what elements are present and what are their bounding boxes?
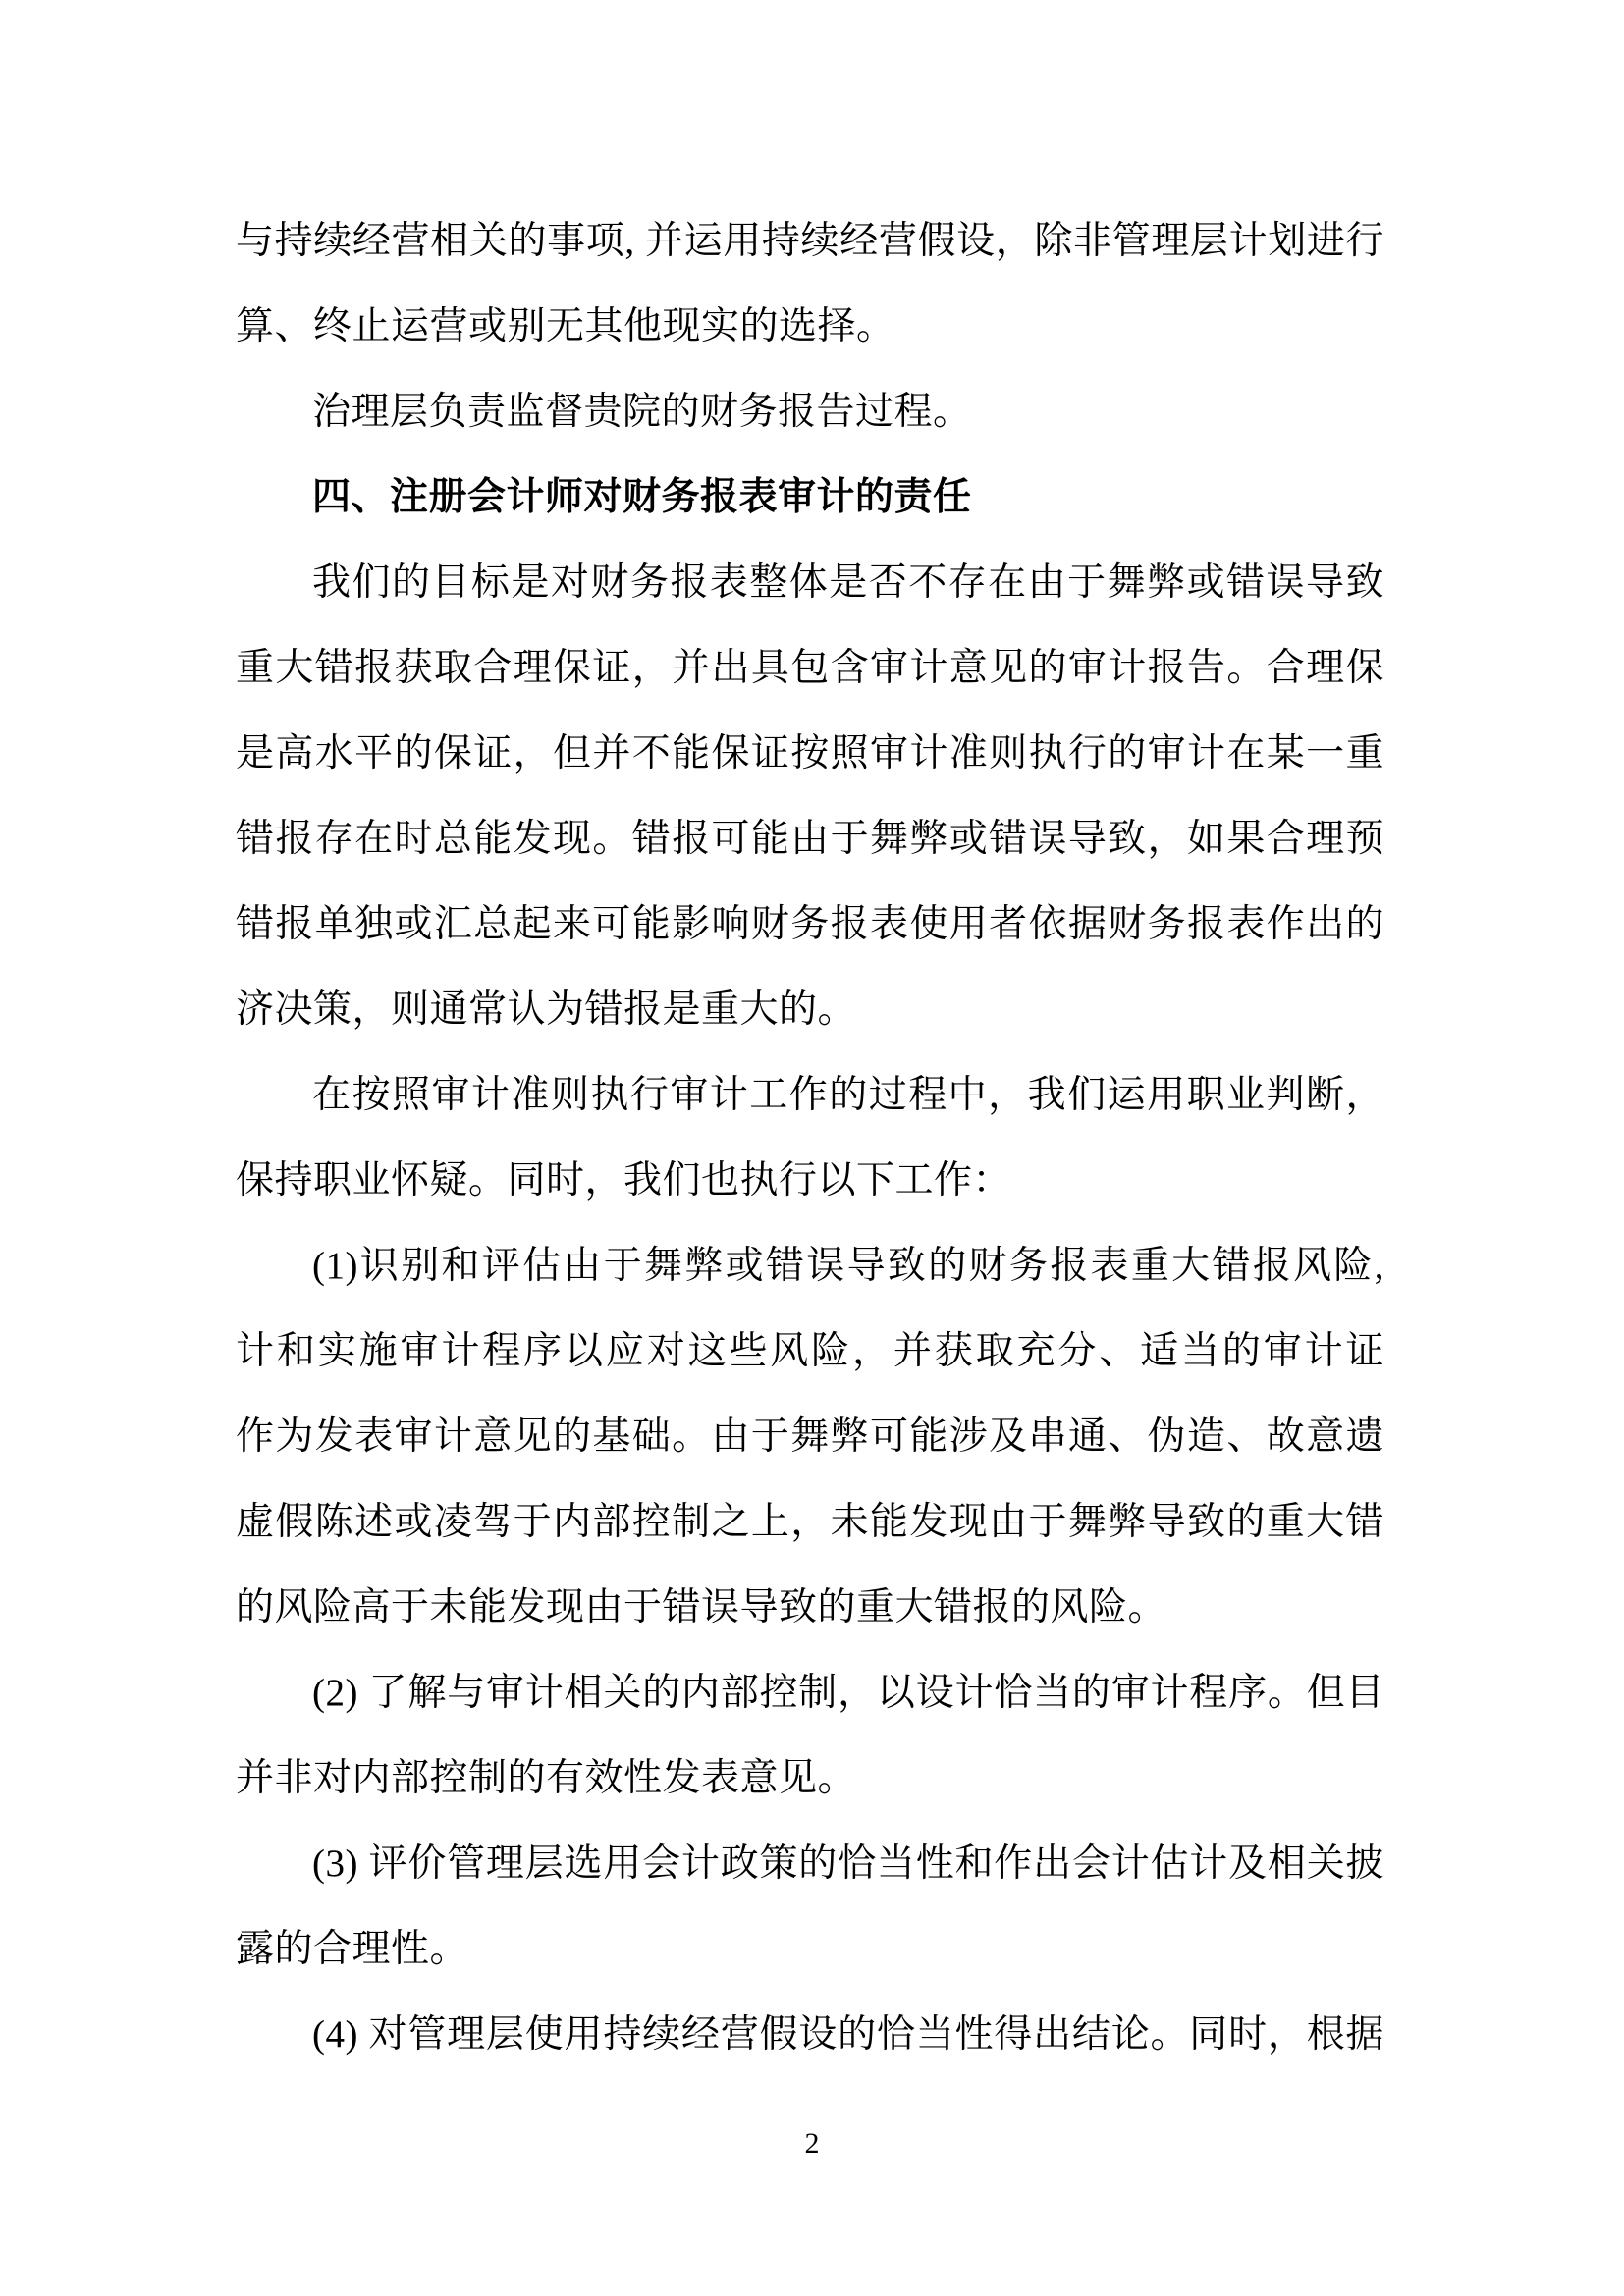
text-line: 虚假陈述或凌驾于内部控制之上，未能发现由于舞弊导致的重大错报 [236, 1479, 1384, 1565]
list-item-line: (1)识别和评估由于舞弊或错误导致的财务报表重大错报风险, 设 [236, 1223, 1384, 1308]
document-page: 与持续经营相关的事项, 并运用持续经营假设，除非管理层计划进行清 算、终止运营或… [0, 0, 1624, 2296]
text-line: 在按照审计准则执行审计工作的过程中，我们运用职业判断，并 [236, 1052, 1384, 1138]
text-line: 算、终止运营或别无其他现实的选择。 [236, 284, 1384, 369]
text-line: 作为发表审计意见的基础。由于舞弊可能涉及串通、伪造、故意遗漏、 [236, 1394, 1384, 1479]
text-line: 治理层负责监督贵院的财务报告过程。 [236, 369, 1384, 454]
text-line: 济决策，则通常认为错报是重大的。 [236, 967, 1384, 1052]
document-body: 与持续经营相关的事项, 并运用持续经营假设，除非管理层计划进行清 算、终止运营或… [236, 198, 1384, 2077]
page-number: 2 [0, 2128, 1624, 2160]
text-line: 错报单独或汇总起来可能影响财务报表使用者依据财务报表作出的经 [236, 881, 1384, 967]
text-line: 露的合理性。 [236, 1906, 1384, 1992]
text-line: 与持续经营相关的事项, 并运用持续经营假设，除非管理层计划进行清 [236, 198, 1384, 284]
list-item-line: (4) 对管理层使用持续经营假设的恰当性得出结论。同时，根据获 [236, 1992, 1384, 2077]
list-item-line: (3) 评价管理层选用会计政策的恰当性和作出会计估计及相关披 [236, 1821, 1384, 1906]
text-line: 并非对内部控制的有效性发表意见。 [236, 1735, 1384, 1821]
text-line: 重大错报获取合理保证，并出具包含审计意见的审计报告。合理保证 [236, 625, 1384, 711]
text-line: 保持职业怀疑。同时，我们也执行以下工作： [236, 1138, 1384, 1223]
text-line: 是高水平的保证，但并不能保证按照审计准则执行的审计在某一重大 [236, 711, 1384, 796]
text-line: 的风险高于未能发现由于错误导致的重大错报的风险。 [236, 1565, 1384, 1650]
section-heading: 四、注册会计师对财务报表审计的责任 [236, 454, 1384, 540]
text-line: 我们的目标是对财务报表整体是否不存在由于舞弊或错误导致的 [236, 540, 1384, 625]
text-line: 计和实施审计程序以应对这些风险，并获取充分、适当的审计证据， [236, 1308, 1384, 1394]
list-item-line: (2) 了解与审计相关的内部控制，以设计恰当的审计程序。但目的 [236, 1650, 1384, 1735]
text-line: 错报存在时总能发现。错报可能由于舞弊或错误导致，如果合理预期 [236, 796, 1384, 881]
